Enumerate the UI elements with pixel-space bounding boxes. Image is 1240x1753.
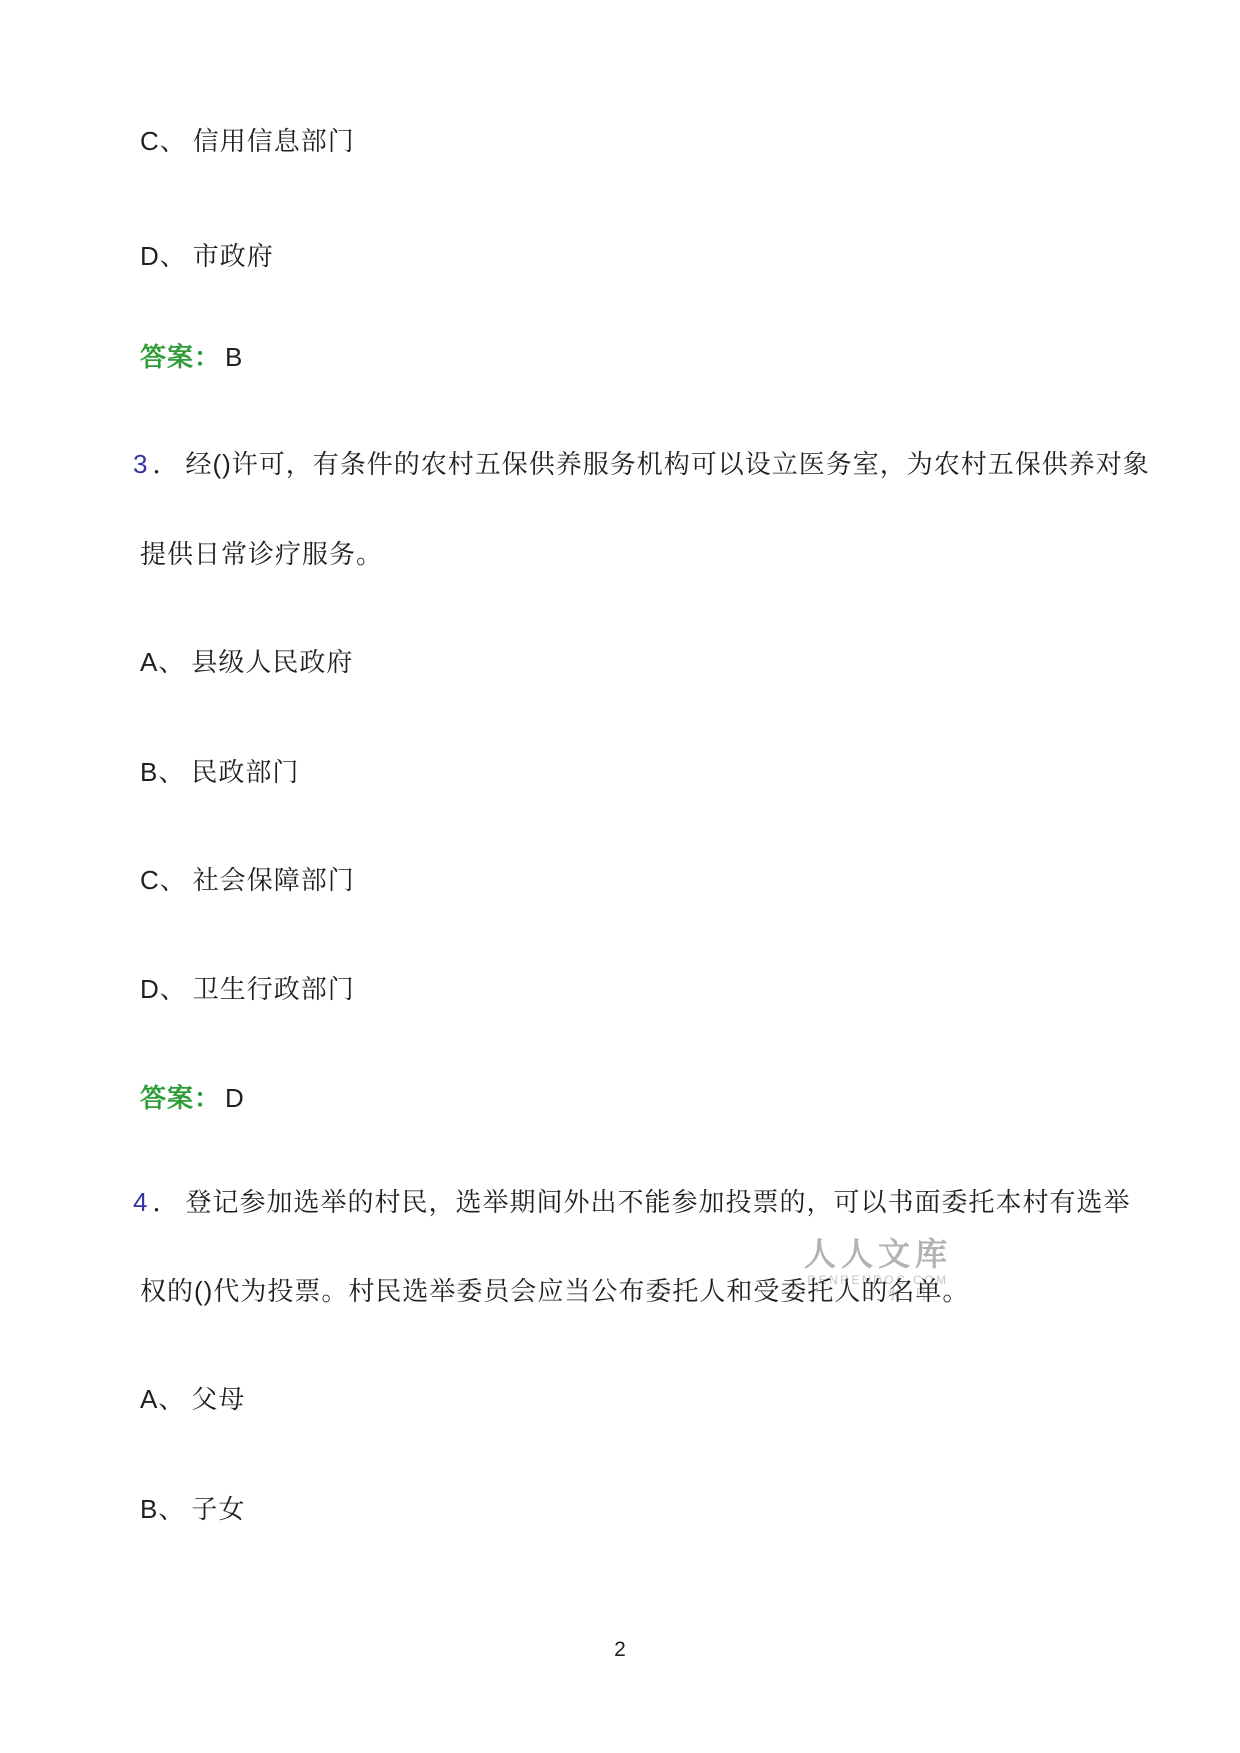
question-3-option-a: A、县级人民政府 <box>140 645 353 679</box>
option-text: 社会保障部门 <box>193 865 355 895</box>
watermark-title: 人人文库 <box>804 1237 952 1271</box>
answer-label: 答案： <box>140 342 225 372</box>
option-text: 信用信息部门 <box>193 126 355 156</box>
question-3-option-d: D、卫生行政部门 <box>140 972 355 1006</box>
page-number: 2 <box>0 1638 1240 1662</box>
question-separator: ． <box>148 449 185 479</box>
question-3-answer-row: 答案：D <box>140 1081 245 1115</box>
question-3-option-b: B、民政部门 <box>140 755 299 789</box>
question-number: 4 <box>133 1187 148 1217</box>
question-number: 3 <box>133 449 148 479</box>
option-label: B、 <box>140 1494 191 1524</box>
question-separator: ． <box>148 1187 185 1217</box>
question-text: 权的()代为投票。村民选举委员会应当公布委托人和受委托人的名单。 <box>140 1276 969 1306</box>
question-3-line-1: 3．经()许可，有条件的农村五保供养服务机构可以设立医务室，为农村五保供养对象 <box>133 447 1150 481</box>
question-4-line-1: 4．登记参加选举的村民，选举期间外出不能参加投票的，可以书面委托本村有选举 <box>133 1185 1131 1219</box>
option-label: A、 <box>140 647 191 677</box>
document-page: C、信用信息部门 D、市政府 答案：B 3．经()许可，有条件的农村五保供养服务… <box>0 0 1240 1753</box>
question-text: 提供日常诊疗服务。 <box>140 539 383 569</box>
option-text: 子女 <box>191 1494 245 1524</box>
question-text: 经()许可，有条件的农村五保供养服务机构可以设立医务室，为农村五保供养对象 <box>185 449 1149 479</box>
option-text: 父母 <box>191 1384 245 1414</box>
option-label: C、 <box>140 865 193 895</box>
question-4-option-b: B、子女 <box>140 1492 245 1526</box>
question-4-line-2: 权的()代为投票。村民选举委员会应当公布委托人和受委托人的名单。 <box>140 1274 969 1308</box>
question-text: 登记参加选举的村民，选举期间外出不能参加投票的，可以书面委托本村有选举 <box>185 1187 1130 1217</box>
answer-row: 答案：B <box>140 340 243 374</box>
option-label: A、 <box>140 1384 191 1414</box>
option-text: 民政部门 <box>191 757 299 787</box>
option-label: B、 <box>140 757 191 787</box>
option-label: C、 <box>140 126 193 156</box>
answer-value: D <box>225 1083 245 1113</box>
option-text: 县级人民政府 <box>191 647 353 677</box>
answer-value: B <box>225 342 243 372</box>
question-4-option-a: A、父母 <box>140 1382 245 1416</box>
option-label: D、 <box>140 974 193 1004</box>
question-3-line-2: 提供日常诊疗服务。 <box>140 537 383 571</box>
answer-label: 答案： <box>140 1083 225 1113</box>
option-row-d: D、市政府 <box>140 239 274 273</box>
option-label: D、 <box>140 241 193 271</box>
option-text: 卫生行政部门 <box>193 974 355 1004</box>
option-row-c: C、信用信息部门 <box>140 124 355 158</box>
question-3-option-c: C、社会保障部门 <box>140 863 355 897</box>
option-text: 市政府 <box>193 241 274 271</box>
